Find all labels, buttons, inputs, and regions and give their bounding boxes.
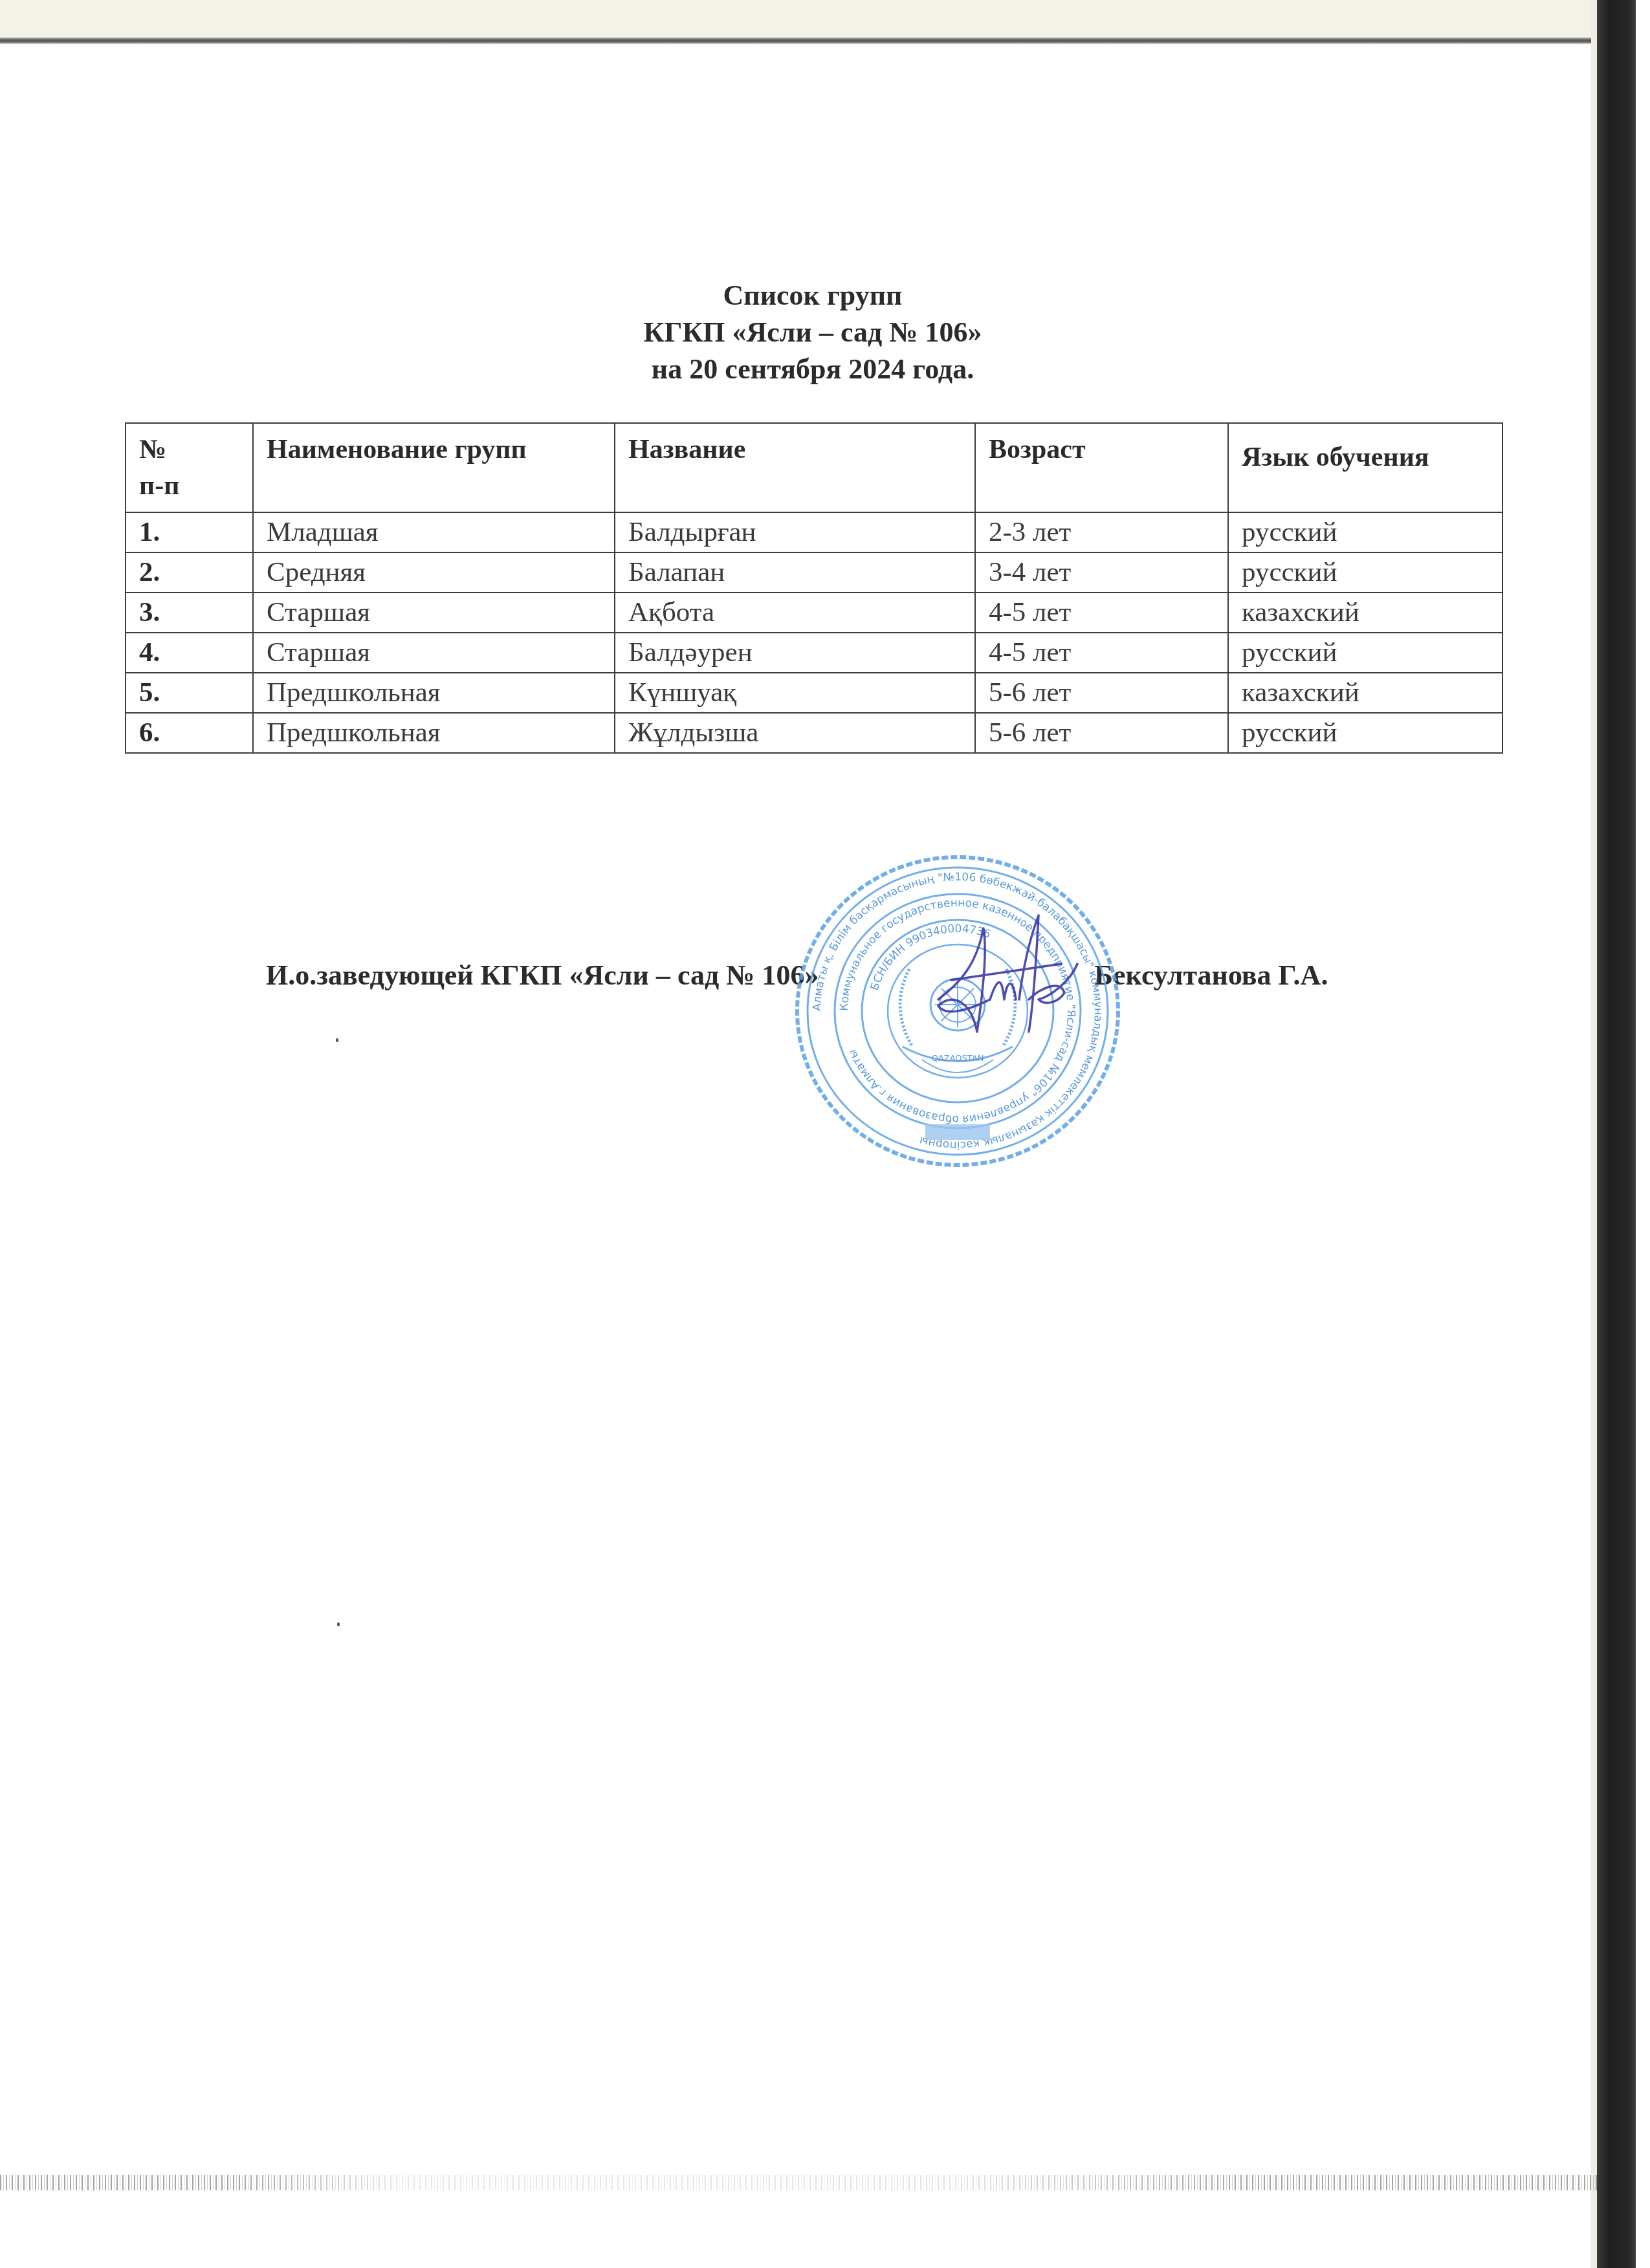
handwritten-signature-icon — [925, 902, 1087, 1051]
cell-language: русский — [1228, 713, 1502, 753]
cell-name: Балдәурен — [615, 633, 975, 673]
signatory-position: И.о.заведующей КГКП «Ясли – сад № 106» — [266, 959, 819, 992]
scan-speck — [336, 1038, 338, 1042]
signatory-name: Бексултанова Г.А. — [1094, 959, 1328, 992]
cell-age: 3-4 лет — [975, 552, 1228, 593]
cell-group-type: Старшая — [253, 633, 615, 673]
cell-name: Күншуақ — [615, 673, 975, 713]
cell-name: Балдырған — [615, 512, 975, 552]
cell-group-type: Предшкольная — [253, 673, 615, 713]
cell-num: 2. — [126, 552, 253, 593]
cell-age: 5-6 лет — [975, 713, 1228, 753]
cell-name: Балапан — [615, 552, 975, 593]
cell-age: 2-3 лет — [975, 512, 1228, 552]
scan-speck — [337, 1622, 340, 1626]
cell-group-type: Младшая — [253, 512, 615, 552]
scanner-top-margin — [0, 0, 1601, 39]
cell-group-type: Старшая — [253, 593, 615, 633]
title-line-3: на 20 сентября 2024 года. — [0, 351, 1625, 387]
scanner-bottom-noise — [0, 2175, 1597, 2190]
cell-num: 6. — [126, 713, 253, 753]
header-language: Язык обучения — [1228, 423, 1502, 512]
cell-age: 4-5 лет — [975, 633, 1228, 673]
cell-language: русский — [1228, 633, 1502, 673]
header-age: Возраст — [975, 423, 1228, 512]
header-num-line1: № — [139, 435, 166, 464]
header-num-line2: п-п — [139, 471, 179, 501]
header-group-type: Наименование групп — [253, 423, 615, 512]
cell-group-type: Средняя — [253, 552, 615, 593]
groups-table: № п-п Наименование групп Название Возрас… — [125, 422, 1503, 754]
table-row: 3.СтаршаяАқбота4-5 летказахский — [126, 593, 1502, 633]
title-line-2: КГКП «Ясли – сад № 106» — [0, 314, 1625, 351]
header-name: Название — [615, 423, 975, 512]
table-row: 6.ПредшкольнаяЖұлдызша5-6 летрусский — [126, 713, 1502, 753]
cell-age: 4-5 лет — [975, 593, 1228, 633]
cell-num: 3. — [126, 593, 253, 633]
table-row: 2.СредняяБалапан3-4 летрусский — [126, 552, 1502, 593]
table-row: 1.МладшаяБалдырған2-3 летрусский — [126, 512, 1502, 552]
header-num: № п-п — [126, 423, 253, 512]
cell-num: 4. — [126, 633, 253, 673]
cell-language: русский — [1228, 512, 1502, 552]
title-line-1: Список групп — [0, 277, 1625, 314]
cell-age: 5-6 лет — [975, 673, 1228, 713]
svg-text:QAZAQSTAN: QAZAQSTAN — [932, 1054, 984, 1063]
table-row: 4.СтаршаяБалдәурен4-5 летрусский — [126, 633, 1502, 673]
document-title: Список групп КГКП «Ясли – сад № 106» на … — [0, 277, 1625, 387]
table-header-row: № п-п Наименование групп Название Возрас… — [126, 423, 1502, 512]
cell-name: Жұлдызша — [615, 713, 975, 753]
cell-language: казахский — [1228, 673, 1502, 713]
scanner-page-edge — [0, 38, 1593, 44]
table-row: 5.ПредшкольнаяКүншуақ5-6 летказахский — [126, 673, 1502, 713]
cell-num: 1. — [126, 512, 253, 552]
cell-language: русский — [1228, 552, 1502, 593]
cell-language: казахский — [1228, 593, 1502, 633]
cell-group-type: Предшкольная — [253, 713, 615, 753]
cell-num: 5. — [126, 673, 253, 713]
cell-name: Ақбота — [615, 593, 975, 633]
